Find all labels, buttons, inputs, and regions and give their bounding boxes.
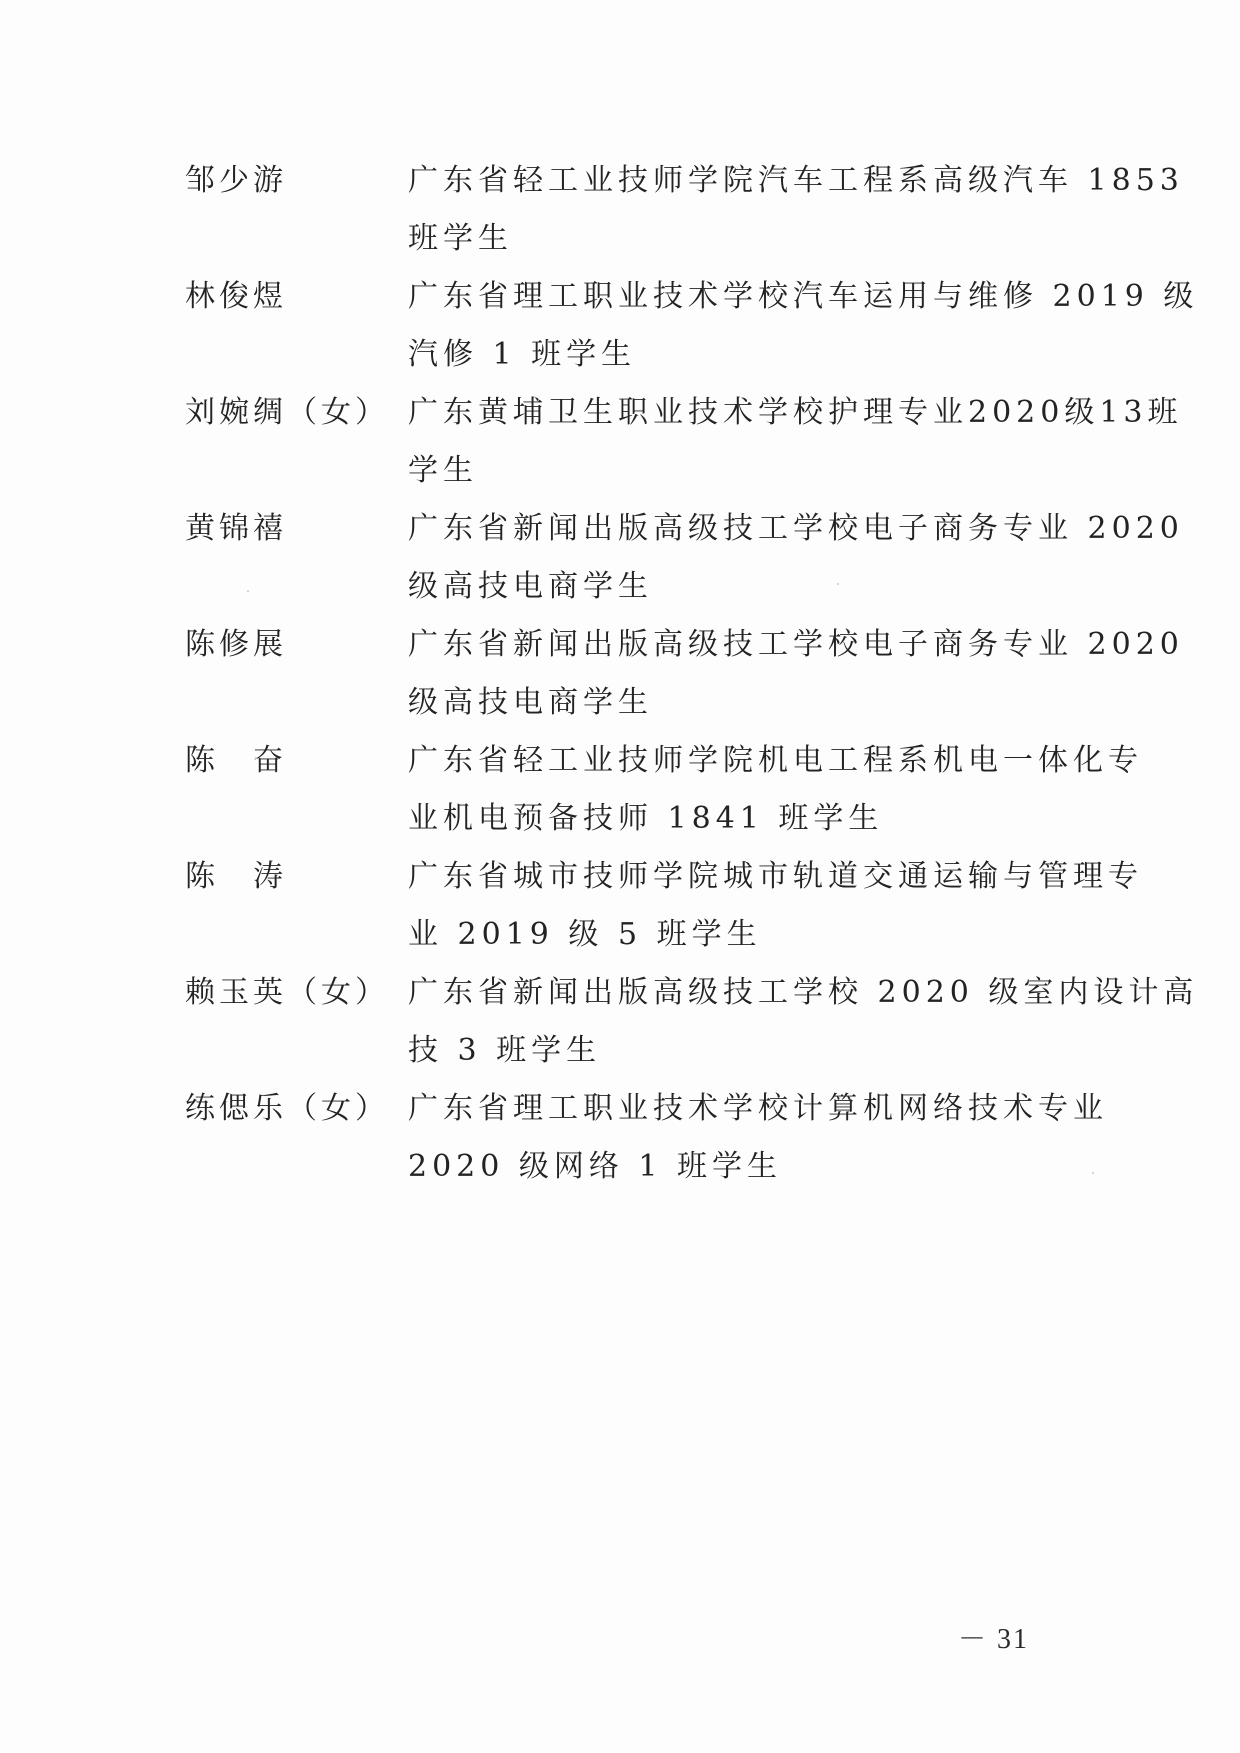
description-line: 级高技电商学生 [408,674,1120,732]
list-item: 赖玉英（女） 广东省新闻出版高级技工学校 2020 级室内设计高 技 3 班学生 [185,964,1125,1080]
person-name: 陈修展 [185,616,408,674]
person-name: 刘婉绸（女） [185,384,408,442]
person-description: 广东省轻工业技师学院汽车工程系高级汽车 1853 班学生 [408,152,1120,268]
document-page: 邹少游 广东省轻工业技师学院汽车工程系高级汽车 1853 班学生 林俊煜 广东省… [0,0,1240,1753]
person-description: 广东省新闻出版高级技工学校 2020 级室内设计高 技 3 班学生 [408,964,1120,1080]
description-line: 广东省新闻出版高级技工学校 2020 级室内设计高 [408,964,1120,1022]
description-line: 班学生 [408,210,1120,268]
description-line: 2020 级网络 1 班学生 [408,1138,1120,1196]
list-item: 黄锦禧 广东省新闻出版高级技工学校电子商务专业 2020 级高技电商学生 [185,500,1125,616]
description-line: 学生 [408,442,1120,500]
description-line: 广东省轻工业技师学院汽车工程系高级汽车 1853 [408,152,1120,210]
person-name: 陈 涛 [185,848,408,906]
scan-speck [255,757,257,759]
honoree-list: 邹少游 广东省轻工业技师学院汽车工程系高级汽车 1853 班学生 林俊煜 广东省… [185,152,1125,1196]
description-line: 广东省理工职业技术学校计算机网络技术专业 [408,1080,1120,1138]
list-item: 练偲乐（女） 广东省理工职业技术学校计算机网络技术专业 2020 级网络 1 班… [185,1080,1125,1196]
scan-speck [837,583,839,585]
list-item: 陈修展 广东省新闻出版高级技工学校电子商务专业 2020 级高技电商学生 [185,616,1125,732]
person-name: 邹少游 [185,152,408,210]
description-line: 技 3 班学生 [408,1022,1120,1080]
description-line: 广东省城市技师学院城市轨道交通运输与管理专 [408,848,1120,906]
person-description: 广东黄埔卫生职业技术学校护理专业2020级13班 学生 [408,384,1120,500]
description-line: 业 2019 级 5 班学生 [408,906,1120,964]
list-item: 邹少游 广东省轻工业技师学院汽车工程系高级汽车 1853 班学生 [185,152,1125,268]
person-description: 广东省理工职业技术学校汽车运用与维修 2019 级 汽修 1 班学生 [408,268,1120,384]
description-line: 广东省新闻出版高级技工学校电子商务专业 2020 [408,616,1120,674]
person-description: 广东省轻工业技师学院机电工程系机电一体化专 业机电预备技师 1841 班学生 [408,732,1120,848]
description-line: 广东省新闻出版高级技工学校电子商务专业 2020 [408,500,1120,558]
person-description: 广东省新闻出版高级技工学校电子商务专业 2020 级高技电商学生 [408,616,1120,732]
description-line: 广东省轻工业技师学院机电工程系机电一体化专 [408,732,1120,790]
description-line: 级高技电商学生 [408,558,1120,616]
person-name: 黄锦禧 [185,500,408,558]
person-name: 林俊煜 [185,268,408,326]
list-item: 刘婉绸（女） 广东黄埔卫生职业技术学校护理专业2020级13班 学生 [185,384,1125,500]
list-item: 陈 涛 广东省城市技师学院城市轨道交通运输与管理专 业 2019 级 5 班学生 [185,848,1125,964]
page-number: － 31 [958,1620,1029,1660]
person-description: 广东省理工职业技术学校计算机网络技术专业 2020 级网络 1 班学生 [408,1080,1120,1196]
description-line: 业机电预备技师 1841 班学生 [408,790,1120,848]
list-item: 陈 奋 广东省轻工业技师学院机电工程系机电一体化专 业机电预备技师 1841 班… [185,732,1125,848]
person-name: 练偲乐（女） [185,1080,408,1138]
person-description: 广东省城市技师学院城市轨道交通运输与管理专 业 2019 级 5 班学生 [408,848,1120,964]
list-item: 林俊煜 广东省理工职业技术学校汽车运用与维修 2019 级 汽修 1 班学生 [185,268,1125,384]
description-line: 汽修 1 班学生 [408,326,1120,384]
person-name: 陈 奋 [185,732,408,790]
person-name: 赖玉英（女） [185,964,408,1022]
scan-speck [1092,1172,1094,1174]
description-line: 广东省理工职业技术学校汽车运用与维修 2019 级 [408,268,1120,326]
description-line: 广东黄埔卫生职业技术学校护理专业2020级13班 [408,384,1120,442]
person-description: 广东省新闻出版高级技工学校电子商务专业 2020 级高技电商学生 [408,500,1120,616]
scan-speck [247,590,249,592]
